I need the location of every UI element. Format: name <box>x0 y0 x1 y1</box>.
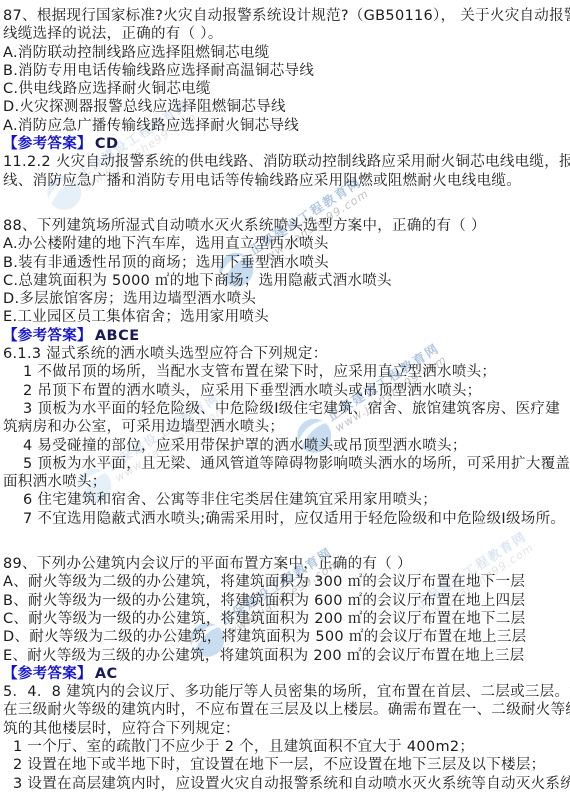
paragraph-gap <box>3 528 570 555</box>
reference-line: 筑病房和办公室，可采用边墙型洒水喷头； <box>3 418 570 436</box>
reference-line: 5 顶板为水平面，且无梁、通风管道等障碍物影响喷头洒水的场所，可采用扩大覆盖 <box>3 455 570 473</box>
answer-line: 【参考答案】AC <box>3 665 570 683</box>
option-line: D、耐火等级为二级的办公建筑，将建筑面积为 500 ㎡的会议厅布置在地上三层 <box>3 628 570 646</box>
reference-line: 1 一个厅、室的疏散门不应少于 2 个，且建筑面积不宜大于 400m2； <box>3 738 570 756</box>
option-line: A.办公楼附建的地下汽车库，选用直立型西水喷头 <box>3 235 570 253</box>
question-line: 线缆选择的说法，正确的有（ ）。 <box>3 25 570 43</box>
answer-value: ABCE <box>95 328 140 344</box>
option-line: B.消防专用电话传输线路应选择耐高温铜芯导线 <box>3 62 570 80</box>
document-body: 87、根据现行国家标准?火灾自动报警系统设计规范?（GB50116）， 关于火灾… <box>3 7 570 793</box>
question-line: 87、根据现行国家标准?火灾自动报警系统设计规范?（GB50116）， 关于火灾… <box>3 7 570 25</box>
reference-line: 1 不做吊顶的场所，当配水支管布置在梁下时，应采用直立型洒水喷头； <box>3 363 570 381</box>
reference-line: 6 住宅建筑和宿舍、公寓等非住宅类居住建筑宜采用家用喷头； <box>3 491 570 509</box>
reference-line: 2 设置在地下或半地下时，宜设置在地下一层，不应设置在地下三层及以下楼层； <box>3 756 570 774</box>
question-line: 89、下列办公建筑内会议厅的平面布置方案中，正确的有（ ） <box>3 555 570 573</box>
option-line: B、耐火等级为一级的办公建筑，将建筑面积为 600 ㎡的会议厅布置在地上四层 <box>3 592 570 610</box>
reference-line: 11.2.2 火灾自动报警系统的供电线路、消防联动控制线路应采用耐火铜芯电线电缆… <box>3 153 570 171</box>
option-line: C.供电线路应选择耐火铜芯电缆 <box>3 80 570 98</box>
option-line: E、耐火等级为三级的办公建筑，将建筑面积为 200 ㎡的会议厅布置在地上三层 <box>3 647 570 665</box>
reference-line: 4 易受碰撞的部位，应采用带保护罩的洒水喷头或吊顶型洒水喷头； <box>3 437 570 455</box>
question-line: 88、下列建筑场所湿式自动喷水灭火系统喷头选型方案中，正确的有（ ） <box>3 217 570 235</box>
option-line: B.装有非通透性吊顶的商场；选用下垂型酒水喷头 <box>3 254 570 272</box>
answer-line: 【参考答案】ABCE <box>3 327 570 345</box>
reference-line: 筑的其他楼层时，应符合下列规定： <box>3 720 570 738</box>
reference-line: 面积洒水喷头； <box>3 473 570 491</box>
paragraph-gap <box>3 190 570 217</box>
reference-line: 3 设置在高层建筑内时，应设置火灾自动报警系统和自动喷水灭火系统等自动灭火系统。 <box>3 775 570 793</box>
option-line: A.消防应急广播传输线路应选择耐火铜芯导线 <box>3 117 570 135</box>
option-line: C、耐火等级为一级的办公建筑，将建筑面积为 200 ㎡的会议厅布置在地下二层 <box>3 610 570 628</box>
option-line: C.总建筑面积为 5000 ㎡的地下商场；选用隐蔽式酒水喷头 <box>3 272 570 290</box>
answer-line: 【参考答案】CD <box>3 135 570 153</box>
option-line: A、耐火等级为二级的办公建筑，将建筑面积为 300 ㎡的会议厅布置在地下一层 <box>3 573 570 591</box>
answer-value: CD <box>95 136 119 152</box>
answer-label: 【参考答案】 <box>3 136 92 152</box>
option-line: E.工业园区员工集体宿舍；选用家用喷头 <box>3 308 570 326</box>
reference-line: 3 顶板为水平面的轻危险级、中危险级Ⅰ级住宅建筑、宿舍、旅馆建筑客房、医疗建 <box>3 400 570 418</box>
reference-line: 5．4．8 建筑内的会议厅、多功能厅等人员密集的场所，宜布置在首层、二层或三层。… <box>3 683 570 701</box>
reference-line: 6.1.3 湿式系统的洒水喷头选型应符合下列规定： <box>3 345 570 363</box>
reference-line: 线、消防应急广播和消防专用电话等传输线路应采用阻燃或阻燃耐火电线电缆。 <box>3 172 570 190</box>
reference-line: 在三级耐火等级的建筑内时，不应布置在三层及以上楼层。确需布置在一、二级耐火等级建 <box>3 701 570 719</box>
option-line: D.多层旅馆客房；选用边墙型酒水喷头 <box>3 290 570 308</box>
option-line: D.火灾探测器报警总线应选择阻燃铜芯导线 <box>3 98 570 116</box>
option-line: A.消防联动控制线路应选择阻燃铜芯电缆 <box>3 44 570 62</box>
answer-label: 【参考答案】 <box>3 666 92 682</box>
answer-value: AC <box>95 666 118 682</box>
reference-line: 7 不宜选用隐蔽式洒水喷头;确需采用时，应仅适用于轻危险级和中危险级Ⅰ级场所。 <box>3 510 570 528</box>
reference-line: 2 吊顶下布置的洒水喷头，应采用下垂型洒水喷头或吊顶型洒水喷头； <box>3 382 570 400</box>
answer-label: 【参考答案】 <box>3 328 92 344</box>
document-page: { "page": { "background": "#ffffff", "te… <box>0 0 570 801</box>
